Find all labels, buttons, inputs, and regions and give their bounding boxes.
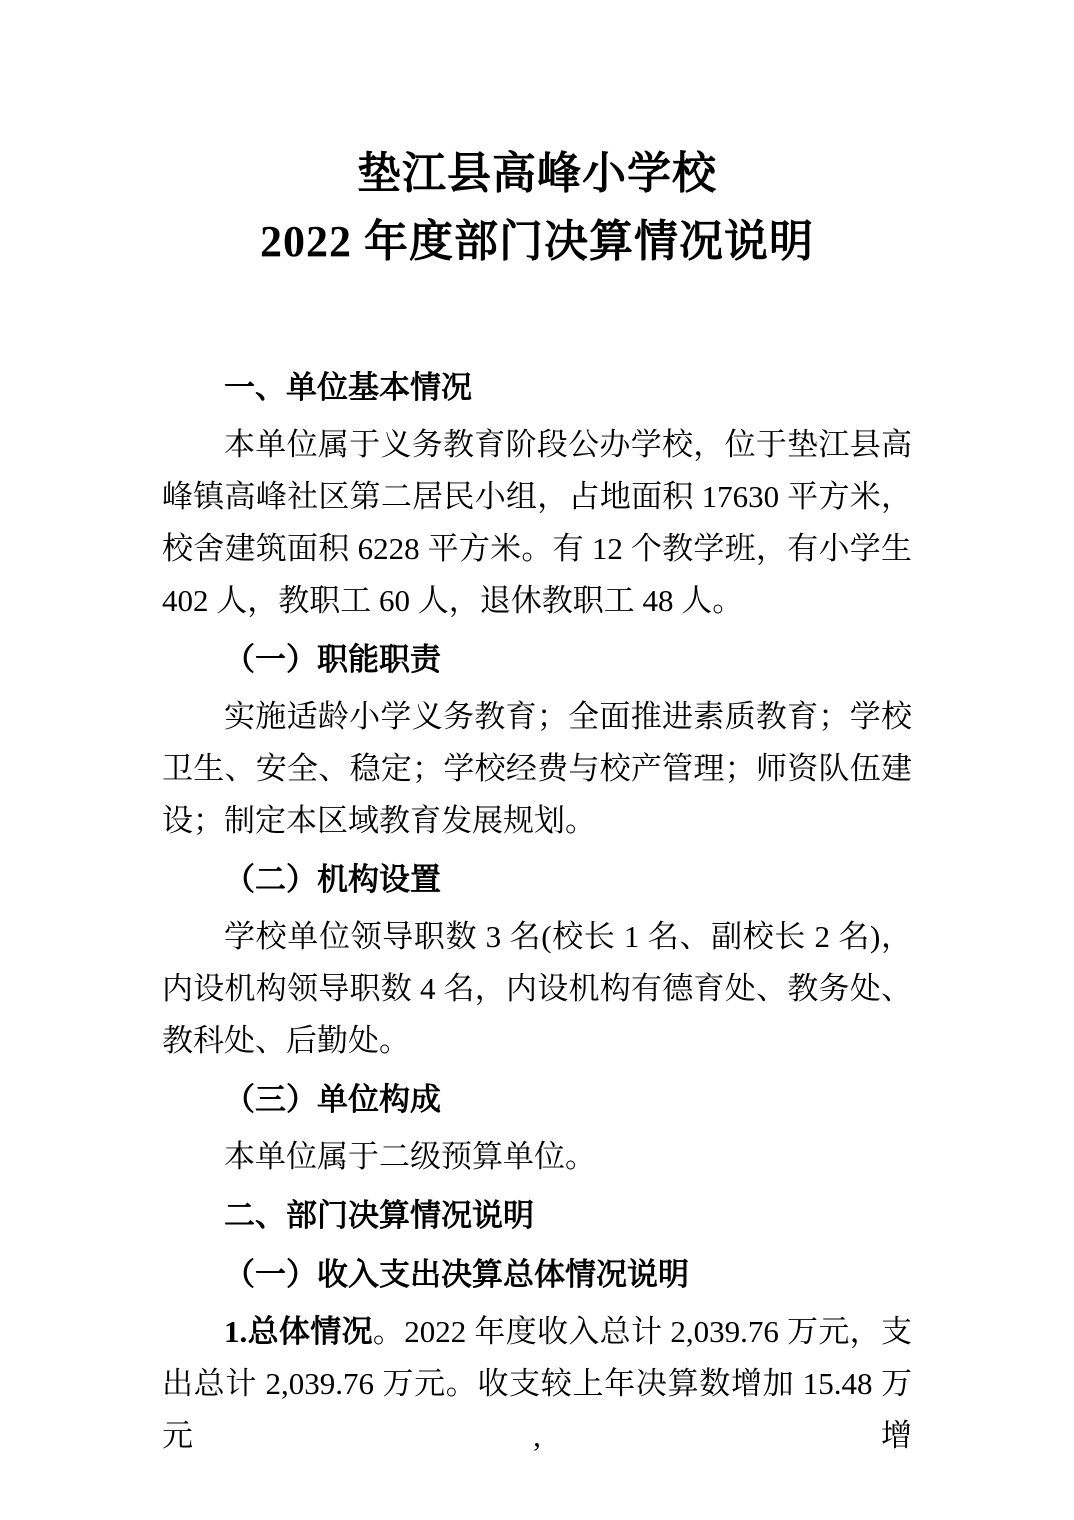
paragraph-lead: 1.总体情况	[224, 1314, 373, 1349]
document-content: 垫江县高峰小学校 2022 年度部门决算情况说明 一、单位基本情况本单位属于义务…	[162, 0, 912, 1462]
document-body: 一、单位基本情况本单位属于义务教育阶段公办学校，位于垫江县高峰镇高峰社区第二居民…	[162, 276, 912, 1462]
document-title-line-1: 垫江县高峰小学校	[162, 140, 912, 208]
section-heading: 二、部门决算情况说明	[162, 1190, 912, 1242]
paragraph: 本单位属于二级预算单位。	[162, 1131, 912, 1183]
document-title-block: 垫江县高峰小学校 2022 年度部门决算情况说明	[162, 0, 912, 276]
paragraph: 本单位属于义务教育阶段公办学校，位于垫江县高峰镇高峰社区第二居民小组，占地面积 …	[162, 419, 912, 627]
paragraph: 实施适龄小学义务教育；全面推进素质教育；学校卫生、安全、稳定；学校经费与校产管理…	[162, 691, 912, 847]
paragraph: 学校单位领导职数 3 名(校长 1 名、副校长 2 名)，内设机构领导职数 4 …	[162, 911, 912, 1067]
section-heading: （三）单位构成	[162, 1074, 912, 1126]
section-heading: （一）收入支出决算总体情况说明	[162, 1249, 912, 1301]
section-heading: （一）职能职责	[162, 634, 912, 686]
paragraph: 1.总体情况。2022 年度收入总计 2,039.76 万元，支出总计 2,03…	[162, 1306, 912, 1462]
section-heading: 一、单位基本情况	[162, 362, 912, 414]
section-heading: （二）机构设置	[162, 854, 912, 906]
document-page: 垫江县高峰小学校 2022 年度部门决算情况说明 一、单位基本情况本单位属于义务…	[0, 0, 1074, 1520]
document-title-line-2: 2022 年度部门决算情况说明	[162, 208, 912, 276]
